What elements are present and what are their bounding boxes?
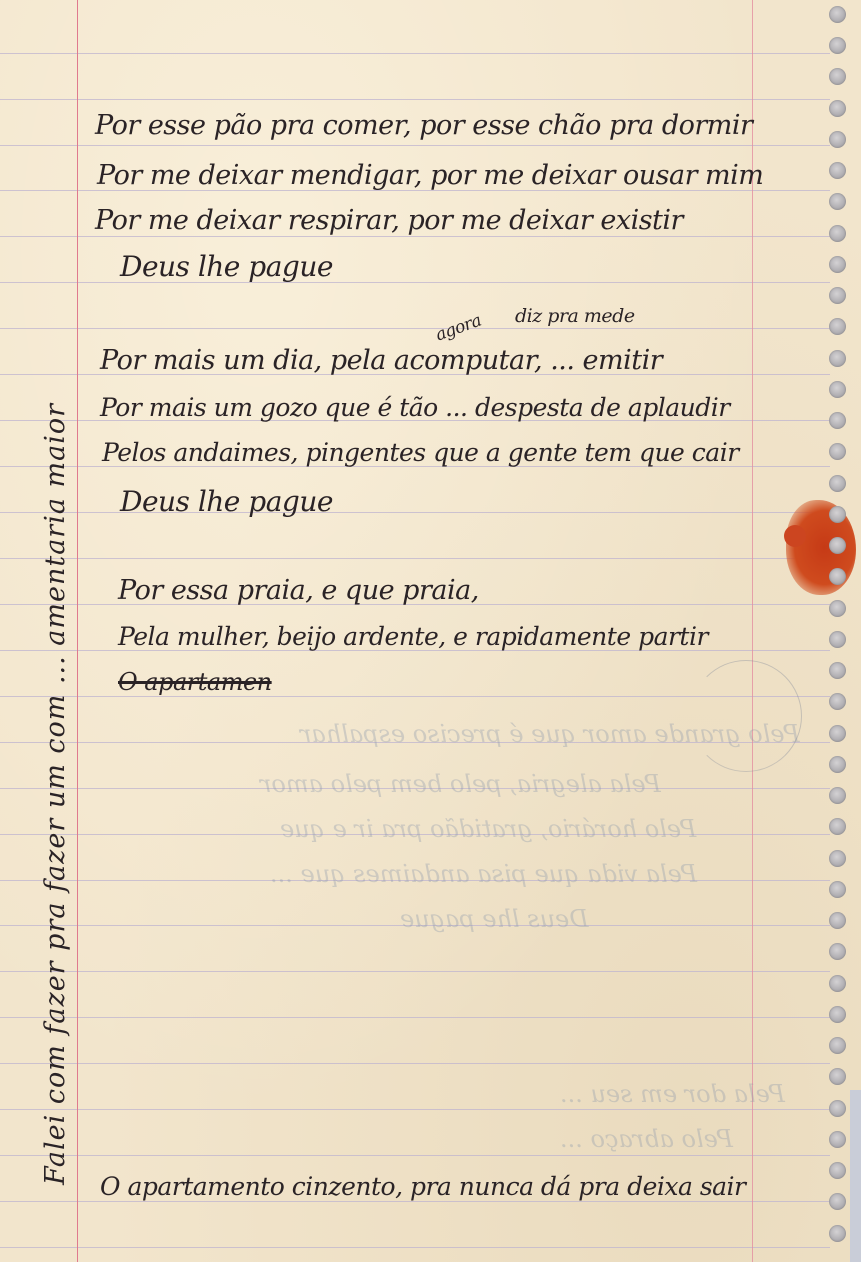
rust-stain-blob	[784, 525, 806, 547]
spiral-hole	[829, 1006, 846, 1023]
spiral-hole	[829, 162, 846, 179]
spiral-hole	[829, 943, 846, 960]
spiral-hole	[829, 68, 846, 85]
spiral-hole	[829, 912, 846, 929]
ruled-line	[0, 53, 830, 54]
ruled-line	[0, 1109, 830, 1110]
spiral-hole	[829, 131, 846, 148]
spiral-hole	[829, 881, 846, 898]
notebook-page: Pelo grande amor que é preciso espalhar …	[0, 0, 861, 1262]
ruled-line	[0, 971, 830, 972]
bleed-through-line: Pela alegria, pelo bem pelo amor	[260, 770, 661, 798]
crossed-out-line: O apartamen	[118, 668, 272, 696]
bottom-lyric-line: O apartamento cinzento, pra nunca dá pra…	[100, 1172, 746, 1201]
lyric-line: Por mais um dia, pela acomputar, ... emi…	[100, 345, 662, 376]
spiral-hole	[829, 193, 846, 210]
bleed-through-line: Pelo horário, gratidão pra ir e que	[280, 815, 696, 843]
lyric-line: Por me deixar mendigar, por me deixar ou…	[97, 160, 763, 191]
spiral-hole	[829, 475, 846, 492]
bleed-through-line: Pela vida que pisa andaimes que ...	[270, 860, 697, 888]
insertion-note: agora	[433, 311, 484, 346]
spiral-hole	[829, 975, 846, 992]
ruled-line	[0, 328, 830, 329]
spiral-hole	[829, 818, 846, 835]
lyric-line: Por esse pão pra comer, por esse chão pr…	[95, 110, 752, 141]
spiral-hole	[829, 693, 846, 710]
spiral-hole	[829, 381, 846, 398]
spiral-hole	[829, 850, 846, 867]
insertion-note: diz pra mede	[515, 305, 635, 327]
bleed-through-line: Pela dor em seu ...	[560, 1080, 785, 1108]
ruled-line	[0, 99, 830, 100]
spiral-hole	[829, 1131, 846, 1148]
spiral-hole	[829, 568, 846, 585]
spiral-hole	[829, 287, 846, 304]
spiral-hole	[829, 37, 846, 54]
lyric-line: Pela mulher, beijo ardente, e rapidament…	[118, 622, 708, 651]
bleed-through-line: Deus lhe pague	[400, 905, 589, 933]
spiral-hole	[829, 256, 846, 273]
spiral-hole	[829, 725, 846, 742]
spiral-hole	[829, 318, 846, 335]
spiral-hole	[829, 631, 846, 648]
spiral-hole	[829, 537, 846, 554]
bleed-through-line: Pelo abraço ...	[560, 1125, 733, 1153]
spiral-hole	[829, 756, 846, 773]
spiral-hole	[829, 1225, 846, 1242]
ruled-line	[0, 1201, 830, 1202]
lyric-line: Pelos andaimes, pingentes que a gente te…	[102, 438, 739, 467]
spiral-hole	[829, 100, 846, 117]
lyric-line: Por me deixar respirar, por me deixar ex…	[95, 205, 683, 236]
refrain-line: Deus lhe pague	[120, 250, 333, 283]
spiral-hole	[829, 506, 846, 523]
spiral-hole	[829, 225, 846, 242]
refrain-line: Deus lhe pague	[120, 485, 333, 518]
ruled-line	[0, 1247, 830, 1248]
vertical-margin-note: Falei com fazer pra fazer um com ... ame…	[40, 403, 71, 1185]
spiral-hole	[829, 1068, 846, 1085]
spiral-hole	[829, 1193, 846, 1210]
ruled-line	[0, 145, 830, 146]
ruled-line	[0, 1017, 830, 1018]
ruled-line	[0, 1155, 830, 1156]
spiral-hole	[829, 662, 846, 679]
spiral-hole	[829, 1162, 846, 1179]
torn-edge	[850, 1090, 861, 1262]
spiral-hole	[829, 350, 846, 367]
spiral-hole	[829, 6, 846, 23]
left-margin-line	[77, 0, 78, 1262]
spiral-hole	[829, 1037, 846, 1054]
spiral-hole	[829, 443, 846, 460]
pencil-circle-mark	[690, 660, 802, 772]
spiral-hole	[829, 600, 846, 617]
ruled-line	[0, 1063, 830, 1064]
spiral-hole	[829, 412, 846, 429]
spiral-hole	[829, 787, 846, 804]
ruled-line	[0, 558, 830, 559]
lyric-line: Por mais um gozo que é tão ... despesta …	[100, 393, 730, 422]
ruled-line	[0, 236, 830, 237]
spiral-hole	[829, 1100, 846, 1117]
lyric-line: Por essa praia, e que praia,	[118, 575, 479, 606]
